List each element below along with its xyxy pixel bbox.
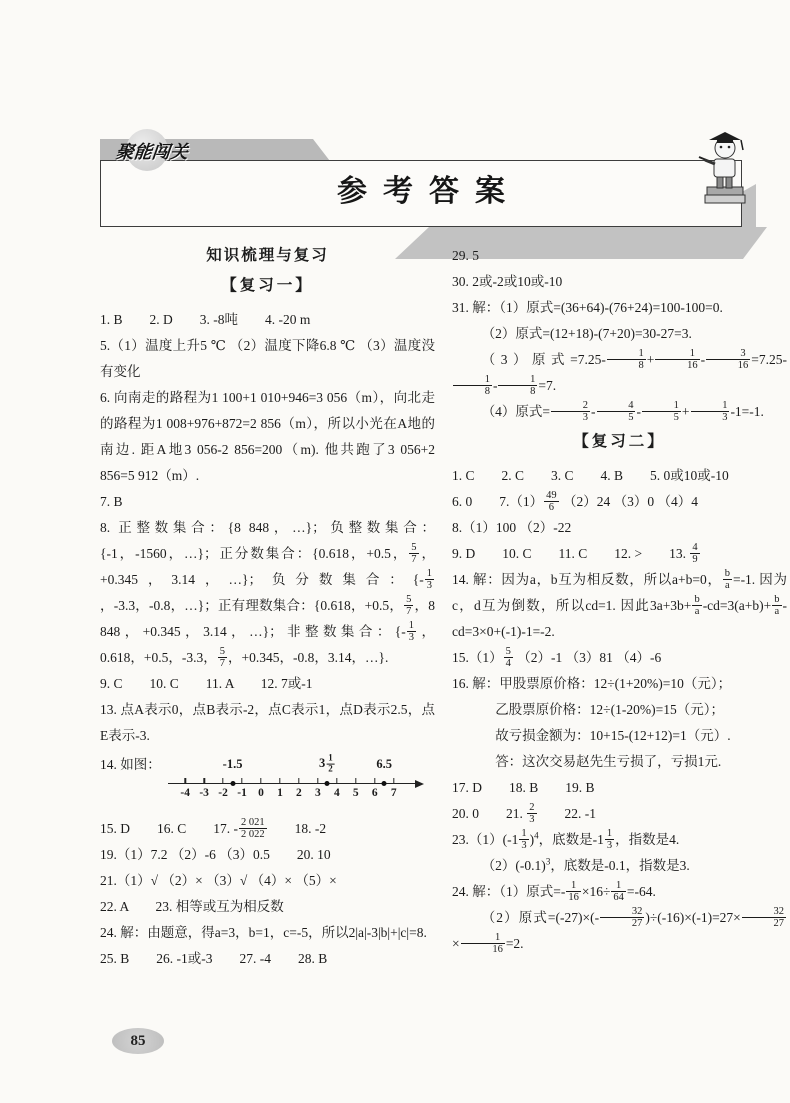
axis-tick [184,778,185,784]
right-column: 29. 530. 2或-2或10或-1031. 解：（1）原式=(36+64)-… [452,243,787,957]
axis-tick [336,778,337,784]
axis-tick-label: -1 [237,785,247,801]
exponent: 4 [534,831,539,841]
answer-line: 乙股票原价格：12÷(1-20%)=15（元）； [452,697,787,723]
axis-tick-label: 5 [353,785,359,801]
scanned-answer-page: 参考答案 聚能闯关 知识梳理与复习 【复习一】 1. B 2. D 3. -8吨… [0,0,790,1103]
fraction: 15 [642,400,681,424]
answer-line: 19.（1）7.2 （2）-6 （3）0.5 20. 10 [100,842,435,868]
answer-line: 7. B [100,489,435,515]
answer-line: 9. D 10. C 11. C 12. > 13. 49 [452,541,787,567]
fraction: 57 [218,646,227,670]
answer-lines-group: 1. B 2. D 3. -8吨 4. -20 m5.（1）温度上升5 ℃ （2… [100,307,435,749]
subsection-heading-review2: 【复习二】 [452,429,787,455]
plotted-point [325,781,330,786]
axis-tick-label: 3 [315,785,321,801]
axis-tick-label: 0 [258,785,264,801]
page-number: 85 [131,1033,146,1049]
answer-lines-group: 15. D 16. C 17. -2 0212 022 18. -219.（1）… [100,816,435,972]
fraction: 54 [504,646,513,670]
fraction: 116 [566,880,581,904]
answer-line: 答：这次交易赵先生亏损了，亏损1元. [452,749,787,775]
fraction: 57 [404,594,413,618]
fraction: 23 [551,400,590,424]
page-number-badge: 85 [112,1028,164,1054]
answer-line: 6. 向南走的路程为1 100+1 010+946=3 056（m），向北走的路… [100,385,435,489]
fraction: 45 [597,400,636,424]
fraction: 13 [407,620,416,644]
axis-tick [279,778,280,784]
answer-line: 29. 5 [452,243,787,269]
answer-line: 8. 正整数集合：{8 848，…}；负整数集合：{-1，-1560，…}；正分… [100,515,435,671]
figure-caption: 14. 如图： [100,757,161,772]
answer-line: 1. B 2. D 3. -8吨 4. -20 m [100,307,435,333]
number-line-arrow-icon [415,780,424,788]
axis-tick-label: 4 [334,785,340,801]
fraction: 12 [326,754,335,775]
section-heading: 知识梳理与复习 [100,243,435,269]
answer-line: 30. 2或-2或10或-10 [452,269,787,295]
fraction: 116 [461,932,505,956]
axis-tick [222,778,223,784]
axis-tick [203,778,204,784]
axis-tick-label: -4 [180,785,190,801]
axis-tick-label: 7 [391,785,397,801]
answer-line: 23.（1）(-113)4，底数是-113，指数是4. [452,827,787,853]
axis-tick-label: -3 [199,785,209,801]
fraction: 316 [706,348,750,372]
axis-tick-label: 2 [296,785,302,801]
answer-line: 24. 解：（1）原式=-116×16÷164=-64. [452,879,787,905]
fraction: 13 [425,568,434,592]
axis-tick [298,778,299,784]
answer-line: 13. 点A表示0，点B表示-2，点C表示1，点D表示2.5，点E表示-3. [100,697,435,749]
fraction: 2 0212 022 [239,817,267,841]
answer-line: 6. 0 7.（1）496 （2）24 （3）0 （4）4 [452,489,787,515]
fraction: 18 [607,348,646,372]
answer-line: （2）原式=(-27)×(-3227)÷(-16)×(-1)=27×3227×1… [452,905,787,957]
plotted-point [382,781,387,786]
point-label: 312 [319,754,336,775]
fraction: 49 [690,542,699,566]
axis-tick [317,778,318,784]
axis-tick [393,778,394,784]
fraction: 3227 [742,906,786,930]
answer-line: （3）原式=7.25-18+116-316=7.25-18-18=7. [452,347,787,399]
subsection-heading-review1: 【复习一】 [100,273,435,299]
answer-line: 31. 解：（1）原式=(36+64)-(76+24)=100-100=0. [452,295,787,321]
answer-line: （4）原式=23-45-15+13-1=-1. [452,399,787,425]
axis-tick [260,778,261,784]
axis-tick [374,778,375,784]
answer-line: 故亏损金额为：10+15-(12+12)=1（元）. [452,723,787,749]
fraction: ba [772,594,781,618]
answer-line: 16. 解：甲股票原价格：12÷(1+20%)=10（元）； [452,671,787,697]
answer-lines-group: 1. C 2. C 3. C 4. B 5. 0或10或-106. 0 7.（1… [452,463,787,957]
number-line-figure: -4-3-2-101234567-1.53126.5 [168,752,422,808]
answer-line: 15. D 16. C 17. -2 0212 022 18. -2 [100,816,435,842]
axis-tick [241,778,242,784]
fraction: 496 [544,490,559,514]
fraction: 18 [453,374,492,398]
answer-line: 14. 解：因为a，b互为相反数，所以a+b=0，ba=-1. 因为c，d互为倒… [452,567,787,645]
axis-tick-label: 6 [372,785,378,801]
fraction: 13 [605,828,614,852]
point-label: -1.5 [223,758,243,771]
fraction: 13 [691,400,730,424]
answer-line: 25. B 26. -1或-3 27. -4 28. B [100,946,435,972]
answer-line: 22. A 23. 相等或互为相反数 [100,894,435,920]
figure-line: 14. 如图： -4-3-2-101234567-1.53126.5 [100,752,435,808]
point-label: 6.5 [376,758,392,771]
fraction: 13 [519,828,528,852]
axis-tick-label: 1 [277,785,283,801]
left-column: 知识梳理与复习 【复习一】 1. B 2. D 3. -8吨 4. -20 m5… [100,243,435,972]
answer-line: 1. C 2. C 3. C 4. B 5. 0或10或-10 [452,463,787,489]
graduate-mascot-icon [697,124,751,212]
answer-line: 15.（1）54 （2）-1 （3）81 （4）-6 [452,645,787,671]
answer-line: 5.（1）温度上升5 ℃ （2）温度下降6.8 ℃ （3）温度没有变化 [100,333,435,385]
answer-line: （2）(-0.1)3，底数是-0.1，指数是3. [452,853,787,879]
answer-line: 9. C 10. C 11. A 12. 7或-1 [100,671,435,697]
axis-tick [355,778,356,784]
plotted-point [230,781,235,786]
fraction: 3227 [600,906,644,930]
fraction: 23 [527,802,536,826]
axis-tick-label: -2 [218,785,228,801]
fraction: 116 [655,348,699,372]
fraction: 57 [409,542,418,566]
fraction: 18 [498,374,537,398]
answer-lines-group: 29. 530. 2或-2或10或-1031. 解：（1）原式=(36+64)-… [452,243,787,425]
answer-line: 21.（1）√ （2）× （3）√ （4）× （5）× [100,868,435,894]
fraction: 164 [611,880,626,904]
fraction: ba [723,568,732,592]
fraction: ba [692,594,701,618]
answer-line: 24. 解：由题意，得a=3，b=1，c=-5，所以2|a|-3|b|+|c|=… [100,920,435,946]
exponent: 3 [546,857,551,867]
answer-line: 17. D 18. B 19. B [452,775,787,801]
answer-line: 8.（1）100 （2）-22 [452,515,787,541]
number-line-axis [168,783,416,784]
brand-logo-text: 聚能闯关 [115,138,190,164]
answer-line: （2）原式=(12+18)-(7+20)=30-27=3. [452,321,787,347]
brand-logo: 聚能闯关 [110,126,260,172]
answer-line: 20. 0 21. 23 22. -1 [452,801,787,827]
